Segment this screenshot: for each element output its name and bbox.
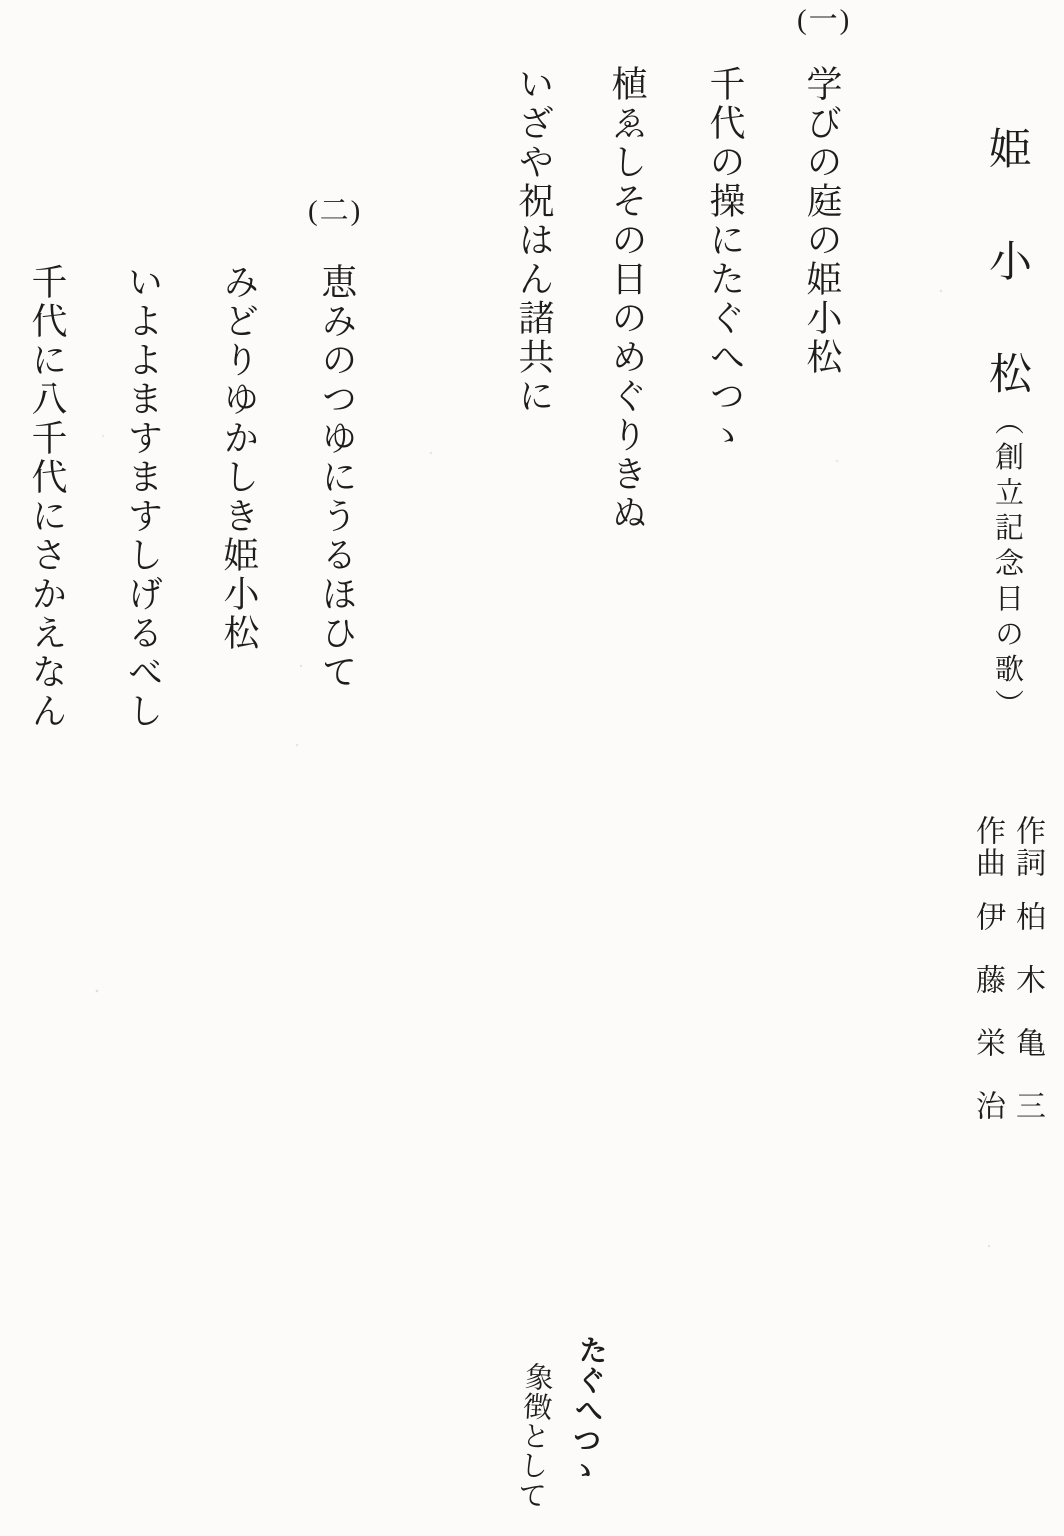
verse-1-line-1: 学びの庭の姫小松 <box>804 65 840 377</box>
verse-2-line-1: 恵みのつゆにうるほひて <box>319 263 355 692</box>
bottom-fragment-gothic: たぐへつゝ <box>567 1334 606 1486</box>
verse-2-line-4: 千代に八千代にさかえなん <box>29 263 65 731</box>
verse-1-marker: (一) <box>797 6 851 35</box>
verse-2-line-3: いよよますますしげるべし <box>125 263 161 731</box>
credit-composer-role: 作曲 <box>971 815 1004 879</box>
credit-composer-name: 伊藤栄治 <box>971 901 1004 1153</box>
credit-lyricist-name: 柏木亀三 <box>1011 901 1044 1153</box>
scan-speckle <box>0 0 2 2</box>
page-subtitle: （創立記念日の歌） <box>992 406 1021 724</box>
verse-2-line-2: みどりゆかしき姫小松 <box>221 263 257 653</box>
verse-2-marker: (二) <box>308 197 362 226</box>
verse-1-line-2: 千代の操にたぐへつゝ <box>707 65 743 455</box>
credit-lyricist-role: 作詞 <box>1011 815 1044 879</box>
credit-composer: 作曲伊藤栄治 <box>972 815 1002 1153</box>
verse-1-line-4: いざや祝はん諸共に <box>516 65 552 416</box>
scanned-lyrics-page: 姫小松 （創立記念日の歌） (一) 学びの庭の姫小松 千代の操にたぐへつゝ 植ゑ… <box>0 0 1064 1536</box>
bottom-fragment-mincho: 象徴として <box>514 1361 552 1510</box>
verse-1-line-3: 植ゑしその日のめぐりきぬ <box>609 65 645 533</box>
credit-lyricist: 作詞柏木亀三 <box>1012 815 1042 1153</box>
